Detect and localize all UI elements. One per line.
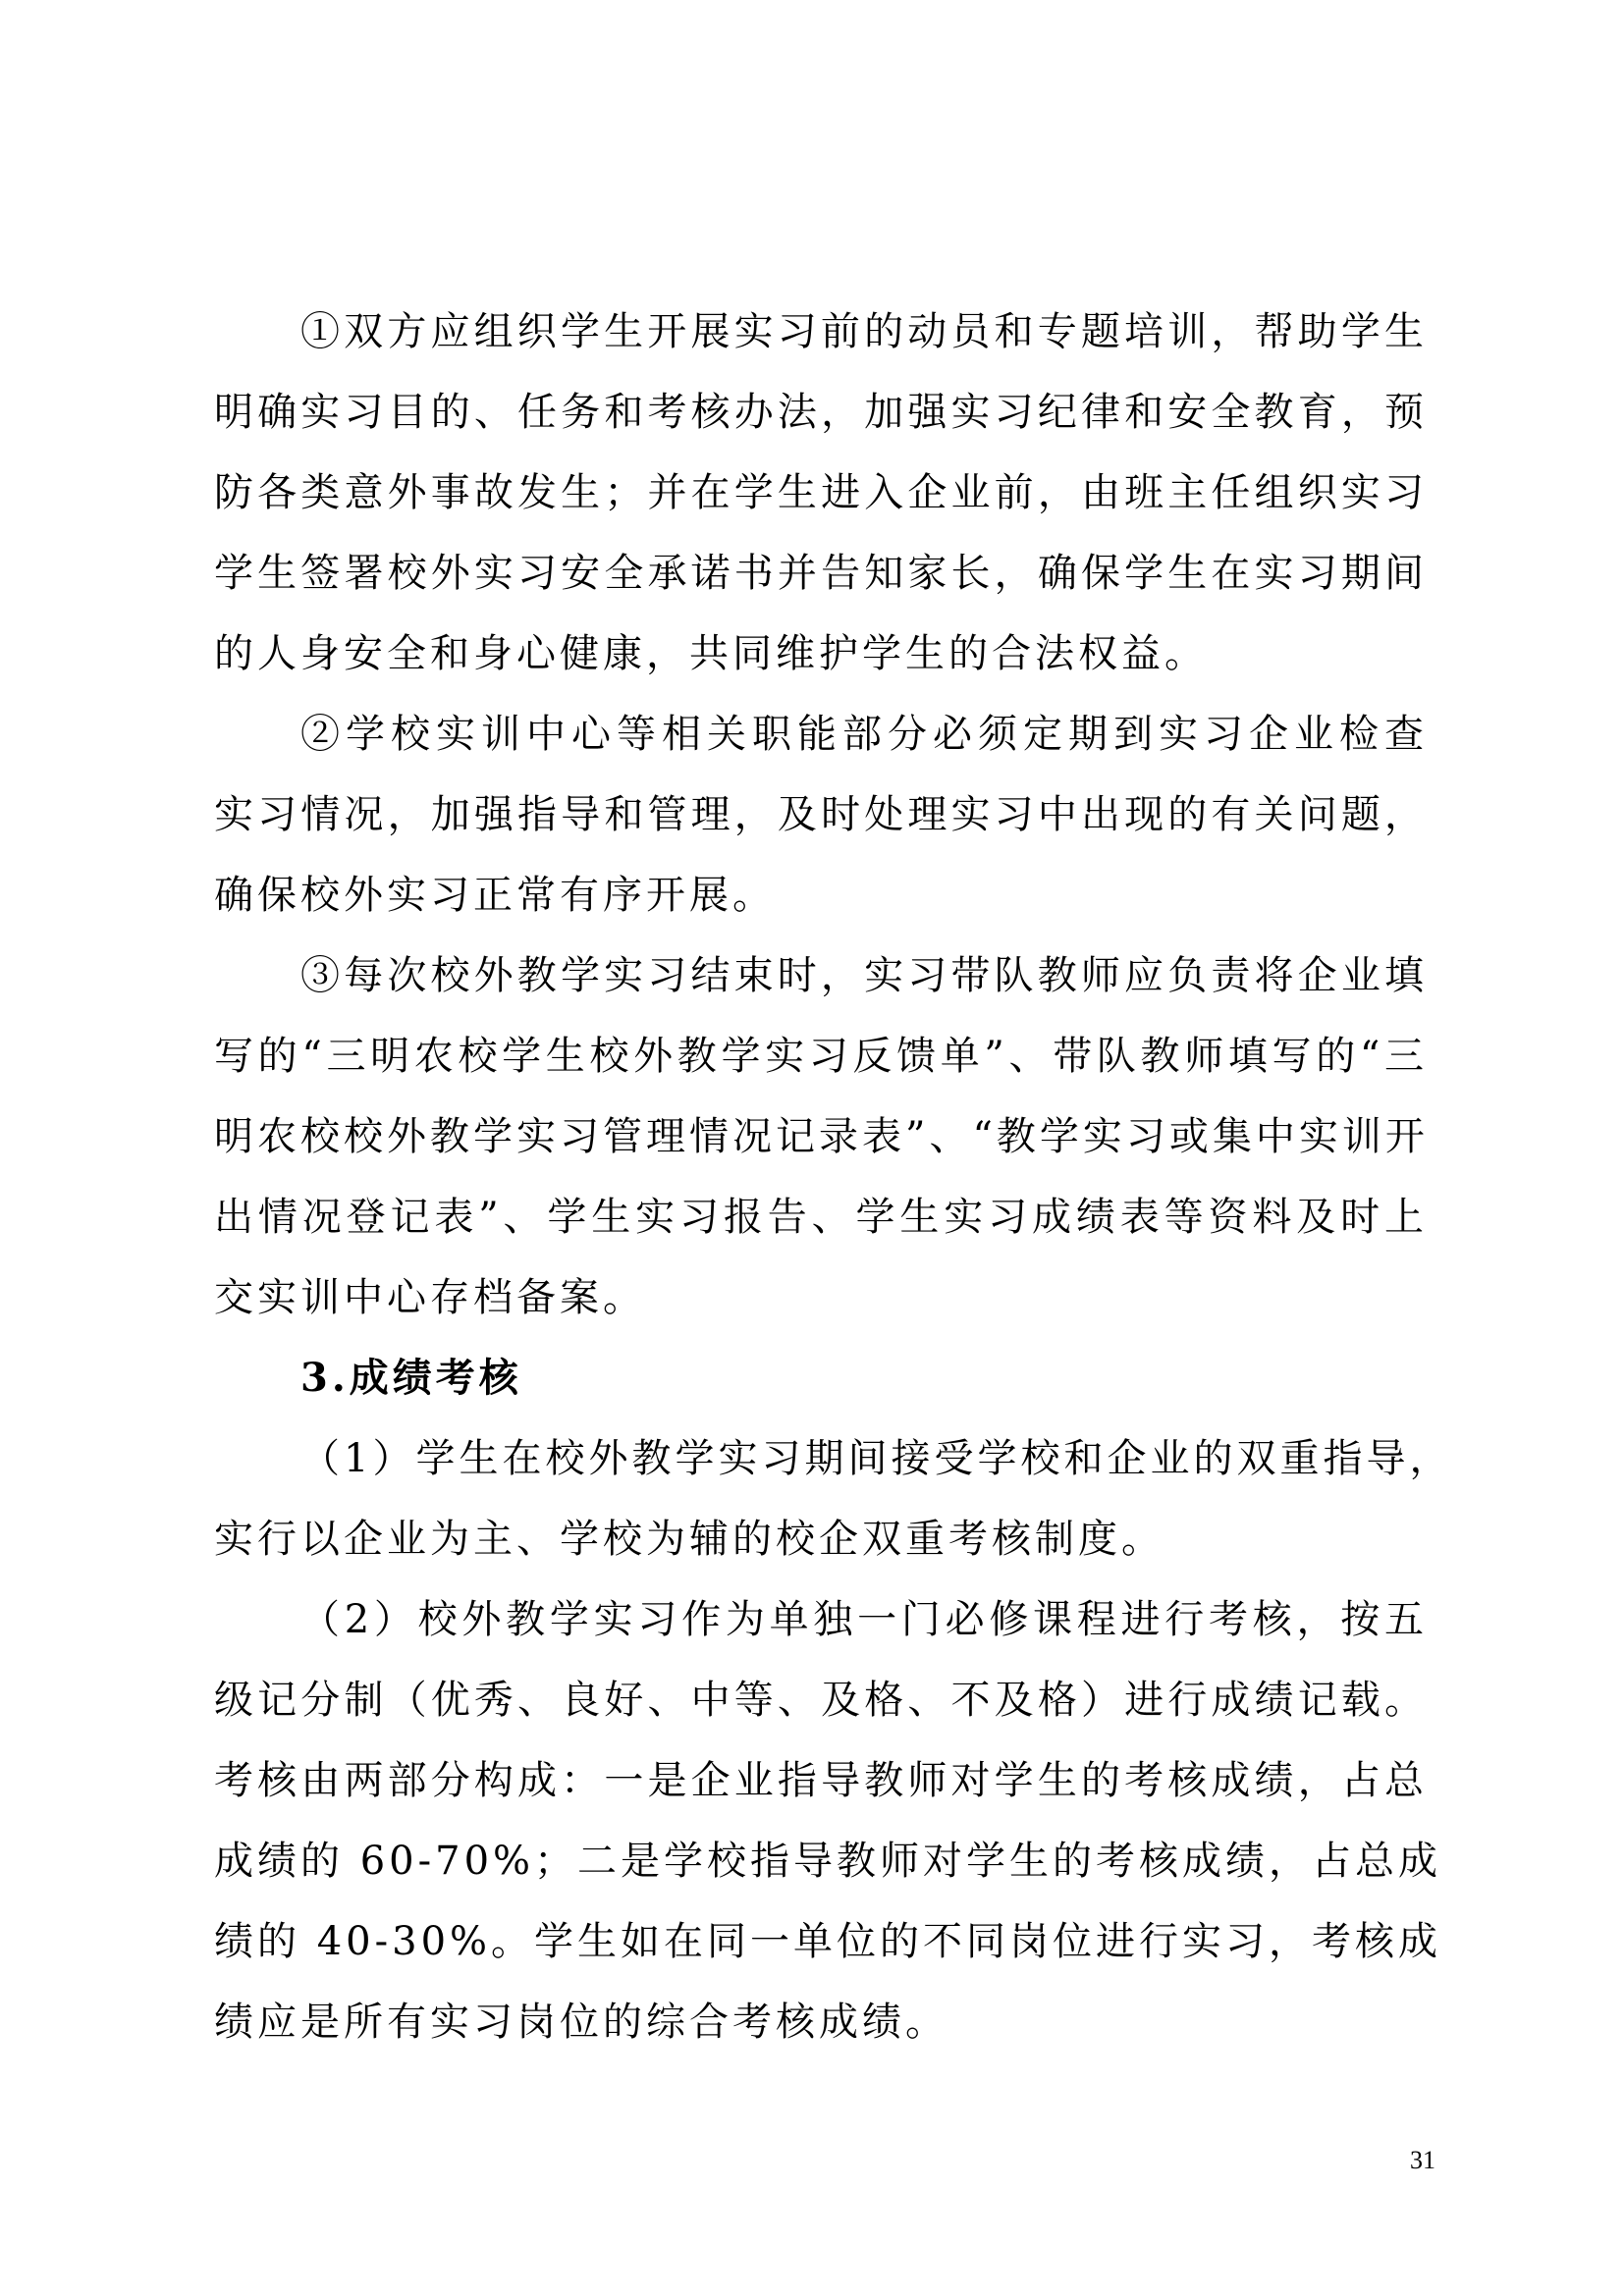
text-line: 防各类意外事故发生；并在学生进入企业前，由班主任组织实习 — [214, 457, 1428, 538]
text-line: ②学校实训中心等相关职能部分必须定期到实习企业检查 — [214, 699, 1428, 779]
text-line: （2）校外教学实习作为单独一门必修课程进行考核，按五 — [214, 1584, 1428, 1665]
text-line: ①双方应组织学生开展实习前的动员和专题培训，帮助学生 — [214, 296, 1428, 377]
text-line: ③每次校外教学实习结束时，实习带队教师应负责将企业填 — [214, 940, 1428, 1021]
text-line: 明农校校外教学实习管理情况记录表”、“教学实习或集中实训开 — [214, 1101, 1428, 1182]
text-line: 出情况登记表”、学生实习报告、学生实习成绩表等资料及时上 — [214, 1182, 1428, 1262]
text-line: 确保校外实习正常有序开展。 — [214, 860, 1428, 940]
section-heading-text: 3.成绩考核 — [214, 1343, 1428, 1423]
text-line: 交实训中心存档备案。 — [214, 1262, 1428, 1343]
paragraph-2: ②学校实训中心等相关职能部分必须定期到实习企业检查 实习情况，加强指导和管理，及… — [214, 699, 1428, 940]
document-body: ①双方应组织学生开展实习前的动员和专题培训，帮助学生 明确实习目的、任务和考核办… — [214, 296, 1428, 2067]
paragraph-1: ①双方应组织学生开展实习前的动员和专题培训，帮助学生 明确实习目的、任务和考核办… — [214, 296, 1428, 699]
text-line: 成绩的 60-70%；二是学校指导教师对学生的考核成绩，占总成 — [214, 1826, 1428, 1906]
text-line: 实习情况，加强指导和管理，及时处理实习中出现的有关问题， — [214, 779, 1428, 860]
paragraph-4: （1）学生在校外教学实习期间接受学校和企业的双重指导， 实行以企业为主、学校为辅… — [214, 1423, 1428, 1584]
page-number: 31 — [1410, 2146, 1435, 2175]
text-line: 的人身安全和身心健康，共同维护学生的合法权益。 — [214, 618, 1428, 699]
text-line: 级记分制（优秀、良好、中等、及格、不及格）进行成绩记载。 — [214, 1665, 1428, 1745]
section-heading: 3.成绩考核 — [214, 1343, 1428, 1423]
text-line: 考核由两部分构成：一是企业指导教师对学生的考核成绩，占总 — [214, 1745, 1428, 1826]
paragraph-5: （2）校外教学实习作为单独一门必修课程进行考核，按五 级记分制（优秀、良好、中等… — [214, 1584, 1428, 2067]
text-line: 写的“三明农校学生校外教学实习反馈单”、带队教师填写的“三 — [214, 1021, 1428, 1101]
text-line: 绩应是所有实习岗位的综合考核成绩。 — [214, 1987, 1428, 2067]
text-line: （1）学生在校外教学实习期间接受学校和企业的双重指导， — [214, 1423, 1428, 1504]
text-line: 实行以企业为主、学校为辅的校企双重考核制度。 — [214, 1504, 1428, 1584]
text-line: 学生签署校外实习安全承诺书并告知家长，确保学生在实习期间 — [214, 538, 1428, 618]
text-line: 绩的 40-30%。学生如在同一单位的不同岗位进行实习，考核成 — [214, 1906, 1428, 1987]
text-line: 明确实习目的、任务和考核办法，加强实习纪律和安全教育，预 — [214, 377, 1428, 457]
paragraph-3: ③每次校外教学实习结束时，实习带队教师应负责将企业填 写的“三明农校学生校外教学… — [214, 940, 1428, 1343]
